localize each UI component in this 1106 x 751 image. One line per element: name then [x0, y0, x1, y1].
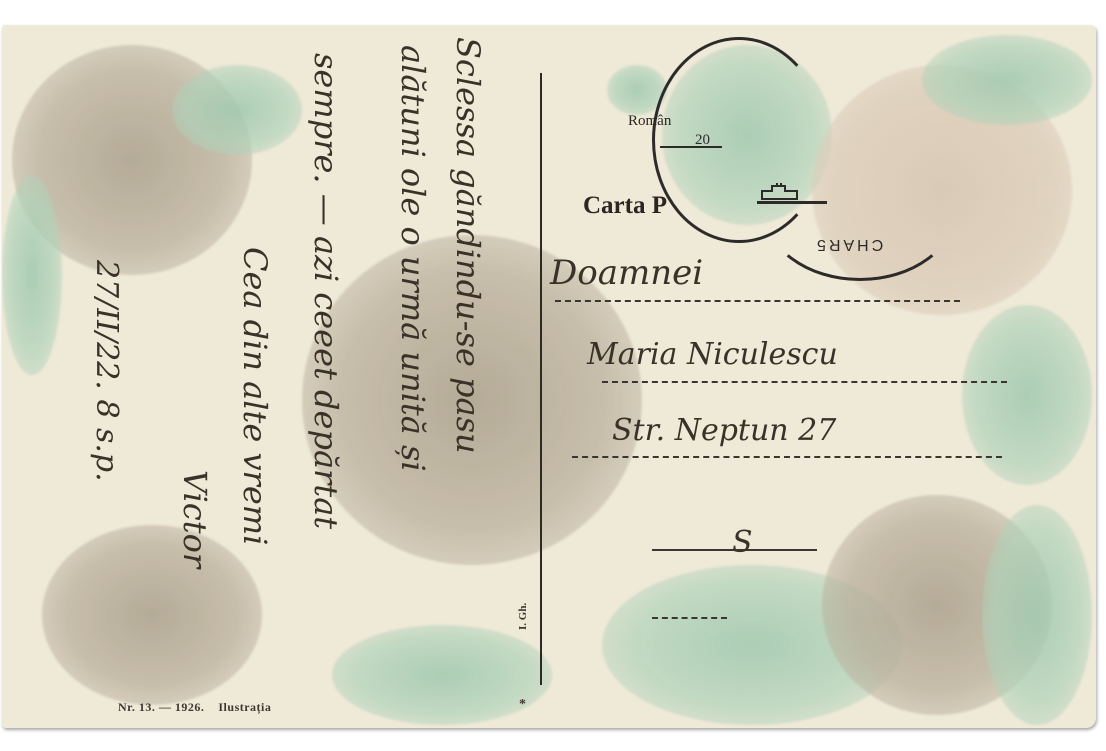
postmark-bar — [660, 146, 722, 148]
message-line-2: alătuni ole o urmă unită și — [394, 45, 432, 472]
message-line-4: Cea din alte vremi — [236, 247, 274, 545]
address-line-2 — [602, 381, 1007, 383]
message-signature: Victor — [176, 470, 214, 568]
postmark-city: CHAR5 — [814, 235, 883, 253]
message-line-1: Sclessa găndindu-se pasu — [449, 37, 487, 454]
center-divider — [540, 73, 542, 685]
address-name: Maria Niculescu — [587, 337, 838, 372]
printed-footer: Nr. 13. — 1926. Ilustrația — [118, 700, 271, 715]
address-recipient: Doamnei — [550, 253, 703, 293]
mold-stain — [2, 175, 62, 375]
address-line-3 — [572, 456, 1002, 458]
mold-stain — [922, 35, 1092, 125]
address-city: S — [732, 525, 753, 560]
crown-stamp-icon — [757, 183, 827, 204]
postcard: Român Carta P Nr. 13. — 1926. Ilustrația… — [2, 25, 1096, 728]
message-date: 27/II/22. 8 s.p. — [89, 260, 124, 482]
publisher-mark: I. Gh. — [517, 603, 529, 630]
printed-card-type: Carta P — [583, 192, 667, 220]
address-street: Str. Neptun 27 — [612, 413, 836, 448]
address-line-5 — [652, 617, 727, 619]
mold-stain — [982, 505, 1092, 725]
mold-stain — [962, 305, 1092, 485]
postmark-circle-2 — [762, 135, 958, 281]
footer-number: Nr. 13. — 1926. — [118, 700, 204, 714]
star-icon: * — [519, 697, 526, 713]
mold-stain — [172, 65, 302, 155]
water-stain — [42, 525, 262, 705]
address-line-1 — [555, 300, 960, 302]
footer-series: Ilustrația — [218, 700, 271, 714]
message-line-3: sempre. — azi ceeet depărtat — [307, 53, 345, 529]
